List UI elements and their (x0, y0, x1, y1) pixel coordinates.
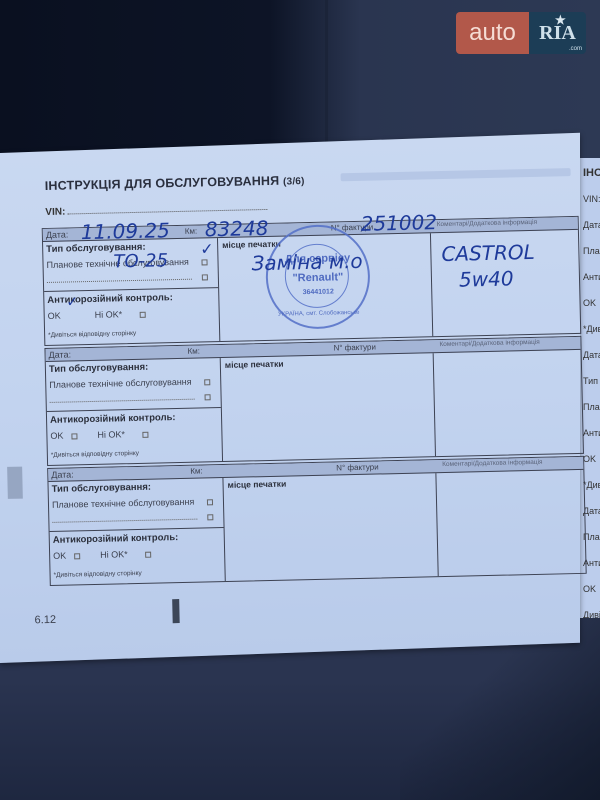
not-ok-label: Hi OK* (95, 309, 123, 320)
vin-dotted-line (67, 209, 267, 215)
divider (44, 287, 218, 292)
other-service-checkbox[interactable] (202, 274, 208, 280)
handwritten-comment-line-1: CASTROL (441, 240, 535, 266)
invoice-label: N° фактури (336, 462, 379, 472)
other-service-dotted-line (47, 279, 192, 283)
star-icon: ★ (555, 13, 566, 28)
autoria-watermark-logo: auto ★ RIA .com (456, 12, 586, 54)
not-ok-checkbox[interactable] (140, 312, 146, 318)
checkmark-icon: ✓ (200, 239, 214, 258)
ok-checkbox[interactable] (74, 553, 80, 559)
vin-field: VIN: (45, 202, 267, 218)
km-label: Км: (190, 466, 203, 475)
title-suffix: (3/6) (283, 176, 305, 187)
invoice-label: N° фактури (333, 343, 376, 353)
right-page-fragment: OK (583, 292, 600, 314)
divider (47, 407, 221, 412)
scheduled-maintenance-checkbox[interactable] (207, 499, 213, 505)
handwritten-invoice: 251002 (360, 210, 437, 236)
page-side-tab (7, 467, 23, 499)
other-service-checkbox[interactable] (205, 394, 211, 400)
comments-column (436, 470, 585, 576)
handwritten-km: 83248 (205, 216, 269, 241)
service-type-label: Тип обслуговування: (52, 482, 152, 495)
divider (50, 527, 224, 532)
date-label: Дата: (51, 469, 74, 480)
stamp-column: місце печатки (221, 353, 436, 461)
right-page-fragment: Анти (583, 266, 600, 288)
comments-label: Коментарі/Додаткова інформація (442, 459, 543, 468)
not-ok-label: Hi OK* (97, 429, 125, 440)
ok-label: OK (50, 431, 63, 441)
checkmark-icon: ✓ (66, 294, 78, 310)
service-entry-1: Дата: Км: N° фактури Коментарі/Додаткова… (42, 216, 582, 346)
service-stamp: Для сервісу "Renault" 36441012 УКРАЇНА, … (265, 224, 371, 330)
title-text: ІНСТРУКЦІЯ ДЛЯ ОБСЛУГОВУВАННЯ (45, 174, 280, 193)
not-ok-checkbox[interactable] (145, 552, 151, 558)
handwritten-date: 11.09.25 (81, 218, 171, 244)
stamp-place-label: місце печатки (227, 479, 286, 490)
service-entry-2: Дата: Км: N° фактури Коментарі/Додаткова… (44, 336, 584, 466)
not-ok-checkbox[interactable] (142, 432, 148, 438)
right-page-fragment: Дата (583, 214, 600, 236)
comments-column (434, 350, 583, 456)
ok-label: OK (48, 311, 61, 321)
anticorrosion-label: Антикорозійний контроль: (53, 532, 179, 546)
comments-label: Коментарі/Додаткова інформація (437, 219, 538, 228)
anticorrosion-label: Антикорозійний контроль: (50, 412, 176, 426)
stamp-column: місце печатки (223, 473, 438, 581)
vin-label: VIN: (45, 207, 65, 218)
handwritten-comment-line-2: 5w40 (459, 266, 514, 291)
logo-auto-text: auto (456, 12, 529, 54)
date-label: Дата: (46, 229, 69, 240)
km-label: Км: (187, 347, 200, 356)
service-entry-3: Дата: Км: N° фактури Коментарі/Додаткова… (47, 456, 587, 586)
right-page-fragment: *Диві (583, 318, 600, 340)
handwritten-service-note: ТО-25 (113, 250, 168, 272)
page-number: 6.12 (34, 614, 56, 626)
see-page-note: *Дивіться відповідну сторінку (54, 570, 142, 579)
faded-header-text (341, 168, 571, 181)
date-label: Дата: (48, 349, 71, 360)
stamp-place-label: місце печатки (225, 359, 284, 370)
right-page-fragment: VIN: (583, 188, 600, 210)
ok-checkbox[interactable] (71, 433, 77, 439)
service-type-label: Тип обслуговування: (49, 362, 149, 375)
handwritten-work-note: Заміна м.о (251, 249, 363, 276)
logo-ria: ★ RIA .com (529, 12, 586, 54)
scheduled-maintenance-label: Планове технічне обслуговування (52, 497, 195, 510)
other-service-dotted-line (50, 399, 195, 403)
right-page-fragment: Тип о (583, 370, 600, 392)
right-page-fragment: План (583, 240, 600, 262)
logo-domain-text: .com (569, 46, 582, 52)
stamp-code-text: 36441012 (268, 288, 368, 297)
other-service-checkbox[interactable] (207, 514, 213, 520)
see-page-note: *Дивіться відповідну сторінку (51, 450, 139, 459)
km-label: Км: (185, 227, 198, 236)
service-book-page: ІНСТРУКЦІЯ ДЛЯ ОБСЛУГОВУВАННЯ (3/6) VIN:… (0, 133, 580, 663)
scheduled-maintenance-checkbox[interactable] (204, 379, 210, 385)
service-type-column: Тип обслуговування: Планове технічне обс… (46, 358, 223, 465)
right-page-fragment: ІНС (583, 162, 600, 184)
comments-label: Коментарі/Додаткова інформація (439, 339, 540, 348)
right-page-fragment: Дата (583, 344, 600, 366)
scheduled-maintenance-checkbox[interactable] (201, 259, 207, 265)
other-service-dotted-line (52, 519, 197, 523)
not-ok-label: Hi OK* (100, 549, 128, 560)
page-title: ІНСТРУКЦІЯ ДЛЯ ОБСЛУГОВУВАННЯ (3/6) (45, 173, 305, 193)
service-type-column: Тип обслуговування: Планове технічне обс… (48, 478, 225, 585)
see-page-note: *Дивіться відповідну сторінку (48, 330, 136, 339)
scheduled-maintenance-label: Планове технічне обслуговування (49, 377, 192, 390)
ok-label: OK (53, 551, 66, 561)
bookmark-ribbon (172, 599, 180, 623)
